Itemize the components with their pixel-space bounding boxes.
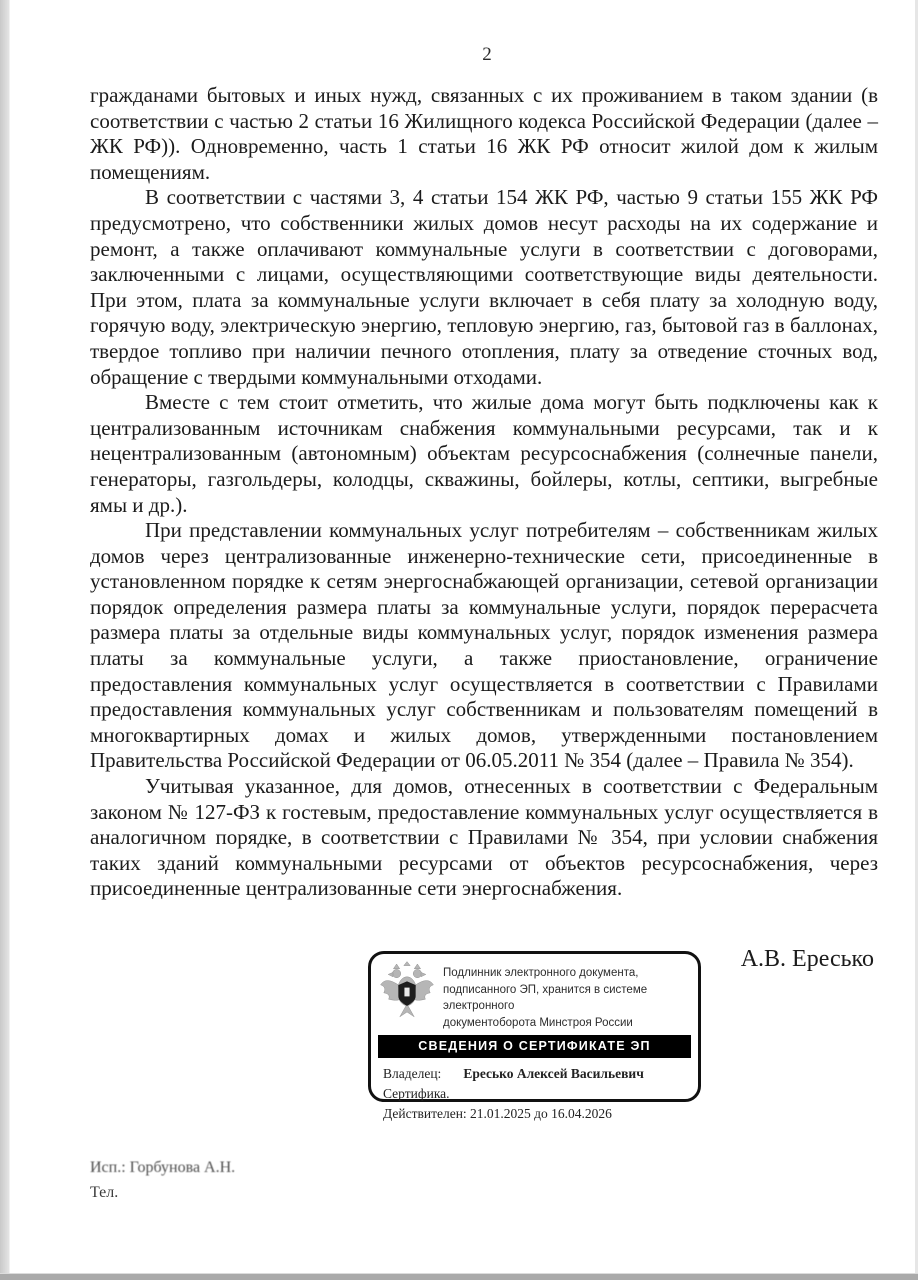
electronic-signature-stamp: Подлинник электронного документа, подпис… xyxy=(368,951,701,1102)
footer-phone: Тел. xyxy=(90,1181,235,1206)
body-paragraph: В соответствии с частями 3, 4 статьи 154… xyxy=(90,185,878,390)
document-footer: Исп.: Горбунова А.Н. Тел. xyxy=(90,1156,235,1206)
stamp-details: Владелец:Ересько Алексей Васильевич Серт… xyxy=(371,1058,698,1125)
stamp-banner: СВЕДЕНИЯ О СЕРТИФИКАТЕ ЭП xyxy=(378,1035,691,1058)
document-body: гражданами бытовых и иных нужд, связанны… xyxy=(90,83,878,902)
stamp-certificate-label: Сертифика. xyxy=(383,1084,686,1104)
minstroy-eagle-emblem-icon xyxy=(379,961,435,1028)
document-page: { "page": { "number": "2" }, "body": { "… xyxy=(0,0,918,1280)
stamp-owner-label: Владелец: xyxy=(383,1066,441,1081)
body-paragraph: Вместе с тем стоит отметить, что жилые д… xyxy=(90,390,878,518)
body-paragraph: Учитывая указанное, для домов, отнесенны… xyxy=(90,774,878,902)
footer-executor: Исп.: Горбунова А.Н. xyxy=(90,1156,235,1181)
body-paragraph: При представлении коммунальных услуг пот… xyxy=(90,518,878,774)
stamp-header-text: Подлинник электронного документа, подпис… xyxy=(443,960,688,1032)
body-paragraph: гражданами бытовых и иных нужд, связанны… xyxy=(90,83,878,185)
page-left-edge xyxy=(0,0,10,1280)
stamp-validity-text: Действителен: 21.01.2025 до 16.04.2026 xyxy=(383,1104,686,1124)
stamp-owner-row: Владелец:Ересько Алексей Васильевич xyxy=(383,1064,686,1084)
page-bottom-edge xyxy=(0,1273,918,1280)
page-number: 2 xyxy=(96,44,878,66)
signature-name: А.В. Ересько xyxy=(741,946,874,973)
stamp-top-row: Подлинник электронного документа, подпис… xyxy=(371,954,698,1034)
stamp-owner-name: Ересько Алексей Васильевич xyxy=(463,1066,644,1081)
